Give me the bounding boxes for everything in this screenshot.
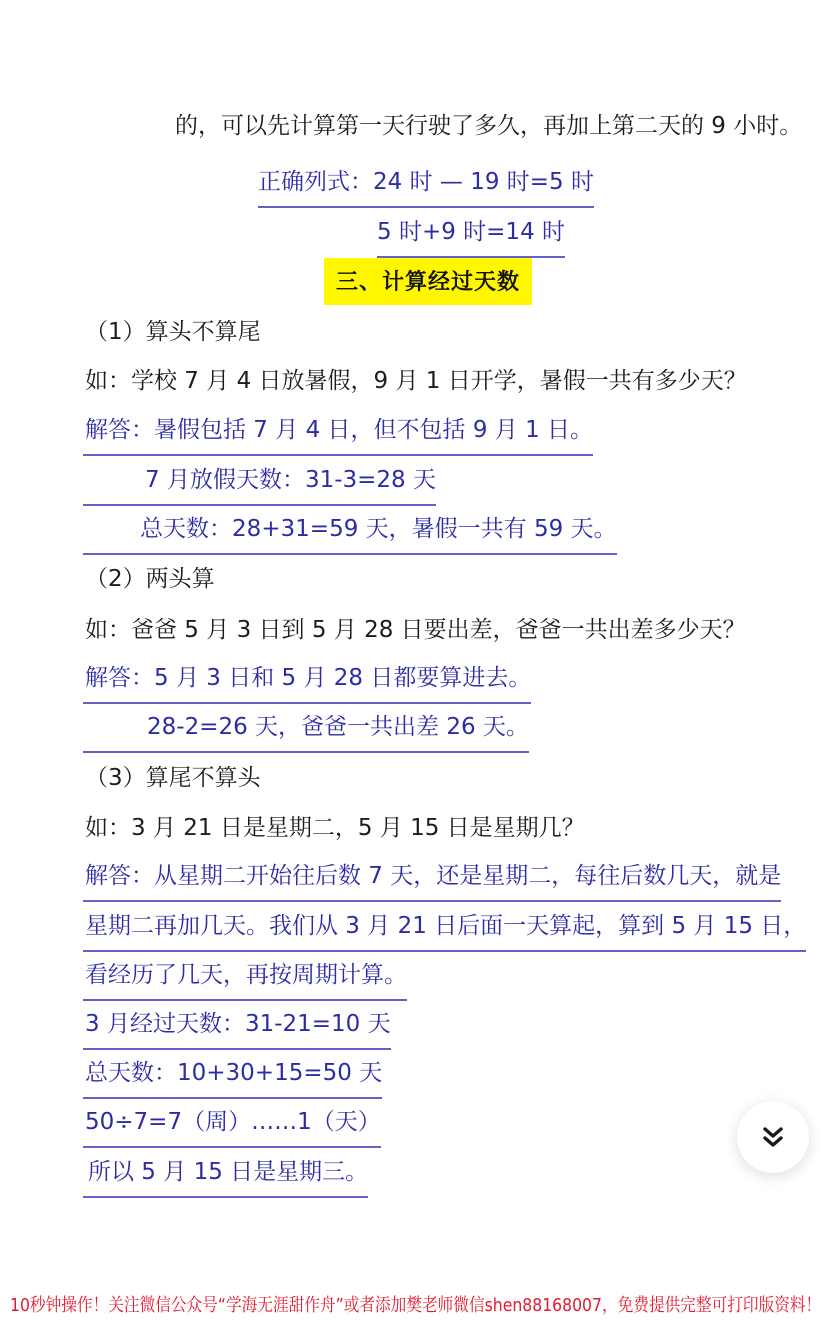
document-page: 的，可以先计算第一天行驶了多久，再加上第二天的 9 小时。 正确列式：24 时 … bbox=[0, 0, 828, 1324]
answer-line: 50÷7=7（周）……1（天） bbox=[83, 1108, 381, 1148]
section-heading: 三、计算经过天数 bbox=[324, 258, 532, 305]
formula-line: 正确列式：24 时 — 19 时=5 时 bbox=[258, 168, 594, 208]
answer-line: 星期二再加几天。我们从 3 月 21 日后面一天算起，算到 5 月 15 日， bbox=[83, 912, 806, 952]
paragraph-continuation: 的，可以先计算第一天行驶了多久，再加上第二天的 9 小时。 bbox=[175, 112, 802, 141]
answer-line: 28-2=26 天，爸爸一共出差 26 天。 bbox=[83, 713, 529, 753]
example-question: 如：3 月 21 日是星期二，5 月 15 日是星期几？ bbox=[85, 814, 585, 843]
double-chevron-down-icon bbox=[756, 1120, 790, 1154]
scroll-to-bottom-button[interactable] bbox=[737, 1101, 809, 1173]
answer-line: 7 月放假天数：31-3=28 天 bbox=[83, 466, 436, 506]
formula-line: 5 时+9 时=14 时 bbox=[377, 218, 565, 258]
promo-banner-text: 10秒钟操作！关注微信公众号“学海无涯甜作舟”或者添加樊老师微信shen8816… bbox=[10, 1291, 821, 1317]
answer-line: 总天数：28+31=59 天，暑假一共有 59 天。 bbox=[83, 515, 617, 555]
answer-line: 解答：暑假包括 7 月 4 日，但不包括 9 月 1 日。 bbox=[83, 416, 593, 456]
answer-line: 总天数：10+30+15=50 天 bbox=[83, 1059, 382, 1099]
example-question: 如：学校 7 月 4 日放暑假，9 月 1 日开学，暑假一共有多少天？ bbox=[85, 367, 747, 396]
subsection-title: （3）算尾不算头 bbox=[85, 764, 261, 793]
answer-line: 3 月经过天数：31-21=10 天 bbox=[83, 1010, 391, 1050]
answer-line: 所以 5 月 15 日是星期三。 bbox=[83, 1158, 368, 1198]
answer-line: 解答：从星期二开始往后数 7 天，还是星期二，每往后数几天，就是 bbox=[83, 862, 781, 902]
subsection-title: （2）两头算 bbox=[85, 565, 215, 594]
example-question: 如：爸爸 5 月 3 日到 5 月 28 日要出差，爸爸一共出差多少天？ bbox=[85, 616, 746, 645]
subsection-title: （1）算头不算尾 bbox=[85, 318, 261, 347]
answer-line: 解答：5 月 3 日和 5 月 28 日都要算进去。 bbox=[83, 664, 531, 704]
answer-line: 看经历了几天，再按周期计算。 bbox=[83, 961, 407, 1001]
